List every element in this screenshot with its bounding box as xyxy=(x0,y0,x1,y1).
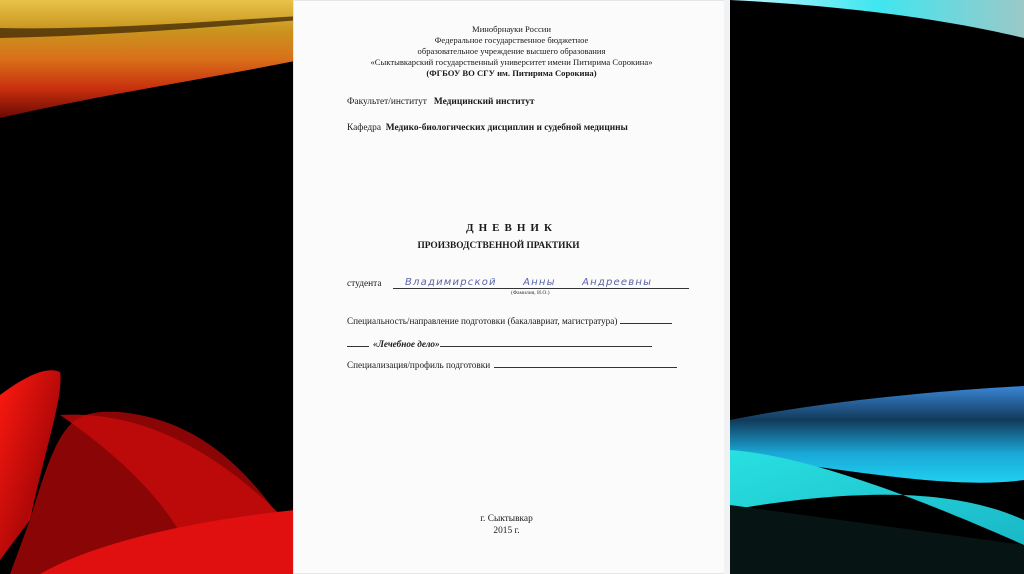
document-title: ДНЕВНИК xyxy=(293,222,730,234)
university-abbr-line: (ФГБОУ ВО СГУ им. Питирима Сорокина) xyxy=(293,68,730,79)
footer-year: 2015 г. xyxy=(288,525,725,537)
specialty-row: Специальность/направление подготовки (ба… xyxy=(347,316,672,326)
field-row: «Лечебное дело» xyxy=(347,339,652,349)
profile-label: Специализация/профиль подготовки xyxy=(347,360,490,370)
document-page: Минобрнауки России Федеральное государст… xyxy=(293,0,730,574)
faculty-label: Факультет/институт xyxy=(347,97,427,107)
ministry-line: Минобрнауки России xyxy=(293,24,730,35)
faculty-value: Медицинский институт xyxy=(434,97,535,107)
faculty-row: Факультет/институт Медицинский институт xyxy=(347,97,535,107)
specialty-blank xyxy=(620,323,672,324)
education-type-line: образовательное учреждение высшего образ… xyxy=(293,46,730,57)
university-name-line: «Сыктывкарский государственный университ… xyxy=(293,57,730,68)
department-value: Медико-биологических дисциплин и судебно… xyxy=(386,123,628,133)
page-edge xyxy=(724,0,730,574)
institution-type-line: Федеральное государственное бюджетное xyxy=(293,35,730,46)
student-label: студента xyxy=(347,279,382,289)
institution-header: Минобрнауки России Федеральное государст… xyxy=(293,24,730,79)
student-row: студента Владимирской Анны Андреевны (Фа… xyxy=(347,279,382,289)
student-name-caption: (Фамилия, И.О.) xyxy=(511,290,550,296)
document-footer: г. Сыктывкар 2015 г. xyxy=(293,513,730,537)
field-blank xyxy=(440,346,652,347)
document-subtitle: ПРОИЗВОДСТВЕННОЙ ПРАКТИКИ xyxy=(293,241,730,251)
department-row: Кафедра Медико-биологических дисциплин и… xyxy=(347,123,628,133)
student-name-underline xyxy=(393,288,689,289)
specialty-label: Специальность/направление подготовки (ба… xyxy=(347,316,617,326)
student-name-handwritten: Владимирской Анны Андреевны xyxy=(405,277,652,288)
footer-city: г. Сыктывкар xyxy=(288,513,725,525)
profile-row: Специализация/профиль подготовки xyxy=(347,360,677,370)
profile-blank xyxy=(494,367,677,368)
field-value: «Лечебное дело» xyxy=(373,339,440,349)
department-label: Кафедра xyxy=(347,123,381,133)
subtitle-text: ПРОИЗВОДСТВЕННОЙ ПРАКТИКИ xyxy=(417,241,579,251)
field-prefix-blank xyxy=(347,346,369,347)
